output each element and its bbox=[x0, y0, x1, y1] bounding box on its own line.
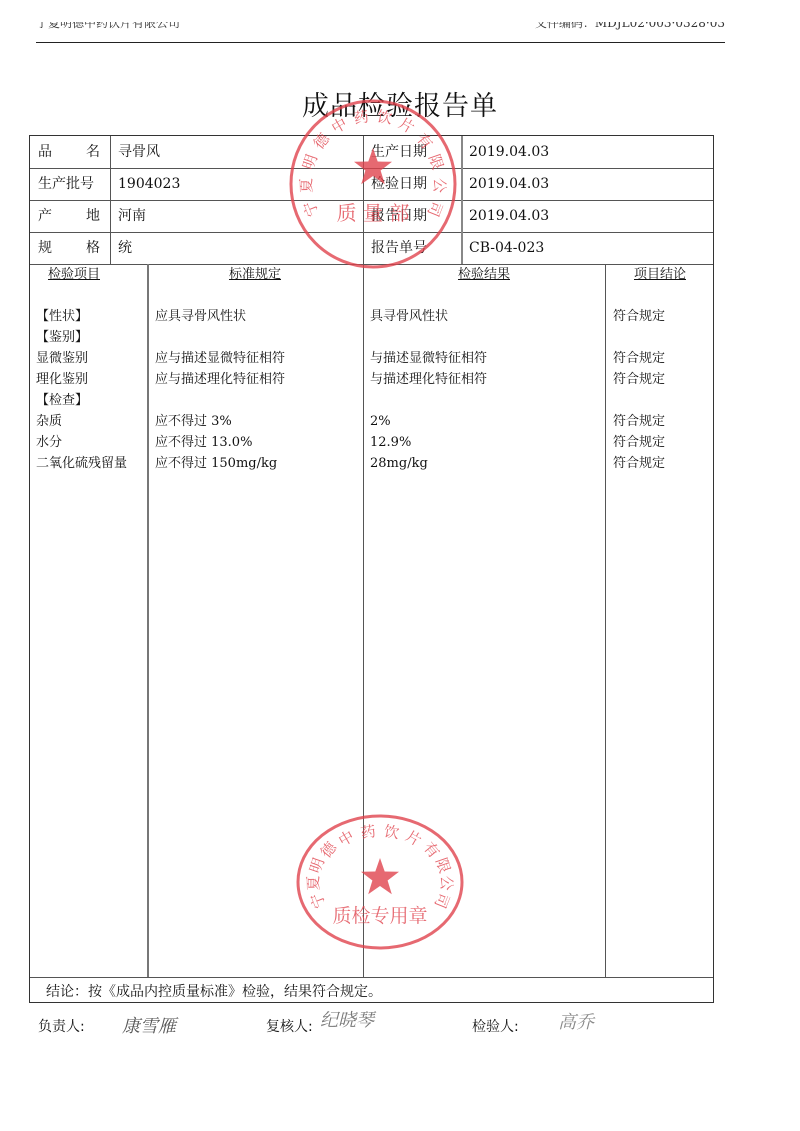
divider bbox=[30, 264, 713, 265]
row-result: 28mg/kg bbox=[370, 455, 428, 473]
reviewer-signature: 纪晓琴 bbox=[320, 1006, 374, 1032]
responsible-label: 负责人: bbox=[38, 1016, 85, 1036]
inspector-label: 检验人: bbox=[472, 1016, 519, 1036]
batch-value: 1904023 bbox=[118, 168, 180, 200]
product-name-label: 品名 bbox=[38, 136, 100, 168]
divider bbox=[110, 136, 111, 264]
row-standard: 应不得过 3% bbox=[155, 413, 232, 431]
origin-label: 产地 bbox=[38, 200, 100, 232]
column-header-standard: 标准规定 bbox=[147, 266, 363, 284]
row-conclusion: 符合规定 bbox=[613, 350, 665, 368]
spec-label: 规格 bbox=[38, 232, 100, 264]
inspector-signature: 高乔 bbox=[558, 1008, 594, 1034]
row-item: 理化鉴别 bbox=[36, 371, 88, 389]
divider bbox=[461, 136, 463, 264]
report-no-label: 报告单号 bbox=[371, 232, 427, 264]
row-item: 【性状】 bbox=[36, 308, 88, 326]
row-result: 具寻骨风性状 bbox=[370, 308, 448, 326]
row-conclusion: 符合规定 bbox=[613, 455, 665, 473]
report-no-value: CB-04-023 bbox=[469, 232, 544, 264]
header-divider bbox=[36, 42, 725, 43]
final-conclusion: 结论：按《成品内控质量标准》检验，结果符合规定。 bbox=[46, 981, 382, 1003]
report-date-value: 2019.04.03 bbox=[469, 200, 549, 232]
production-date-value: 2019.04.03 bbox=[469, 136, 549, 168]
reviewer-label: 复核人: bbox=[266, 1016, 313, 1036]
column-header-result: 检验结果 bbox=[363, 266, 605, 284]
row-item: 显微鉴别 bbox=[36, 350, 88, 368]
row-result: 与描述显微特征相符 bbox=[370, 350, 487, 368]
row-result: 与描述理化特征相符 bbox=[370, 371, 487, 389]
row-result: 12.9% bbox=[370, 434, 411, 452]
row-standard: 应不得过 150mg/kg bbox=[155, 455, 277, 473]
row-conclusion: 符合规定 bbox=[613, 434, 665, 452]
divider bbox=[30, 977, 713, 978]
row-item: 水分 bbox=[36, 434, 62, 452]
production-date-label: 生产日期 bbox=[371, 136, 427, 168]
row-item: 二氧化硫残留量 bbox=[36, 455, 127, 473]
row-item: 杂质 bbox=[36, 413, 62, 431]
product-name-value: 寻骨风 bbox=[118, 136, 160, 168]
row-result: 2% bbox=[370, 413, 391, 431]
row-conclusion: 符合规定 bbox=[613, 371, 665, 389]
responsible-signature: 康雪雁 bbox=[122, 1012, 176, 1038]
row-standard: 应不得过 13.0% bbox=[155, 434, 252, 452]
company-header: 宁夏明德中药饮片有限公司 bbox=[36, 22, 416, 40]
row-standard: 应与描述理化特征相符 bbox=[155, 371, 285, 389]
origin-value: 河南 bbox=[118, 200, 146, 232]
divider bbox=[363, 136, 364, 977]
divider bbox=[147, 264, 149, 977]
column-header-item: 检验项目 bbox=[30, 266, 118, 284]
spec-value: 统 bbox=[118, 232, 132, 264]
row-conclusion: 符合规定 bbox=[613, 308, 665, 326]
inspection-date-value: 2019.04.03 bbox=[469, 168, 549, 200]
batch-label: 生产批号 bbox=[38, 168, 94, 200]
row-standard: 应具寻骨风性状 bbox=[155, 308, 246, 326]
row-item: 【鉴别】 bbox=[36, 329, 88, 347]
page-title: 成品检验报告单 bbox=[0, 84, 800, 123]
row-item: 【检查】 bbox=[36, 392, 88, 410]
report-table: 品名 寻骨风 生产日期 2019.04.03 生产批号 1904023 检验日期… bbox=[29, 135, 714, 1003]
report-date-label: 报告日期 bbox=[371, 200, 427, 232]
column-header-conclusion: 项目结论 bbox=[605, 266, 715, 284]
document-code: 文件编码：MDJL02·003·0328·03 bbox=[400, 22, 725, 40]
divider bbox=[605, 264, 606, 977]
inspection-date-label: 检验日期 bbox=[371, 168, 427, 200]
row-conclusion: 符合规定 bbox=[613, 413, 665, 431]
row-standard: 应与描述显微特征相符 bbox=[155, 350, 285, 368]
